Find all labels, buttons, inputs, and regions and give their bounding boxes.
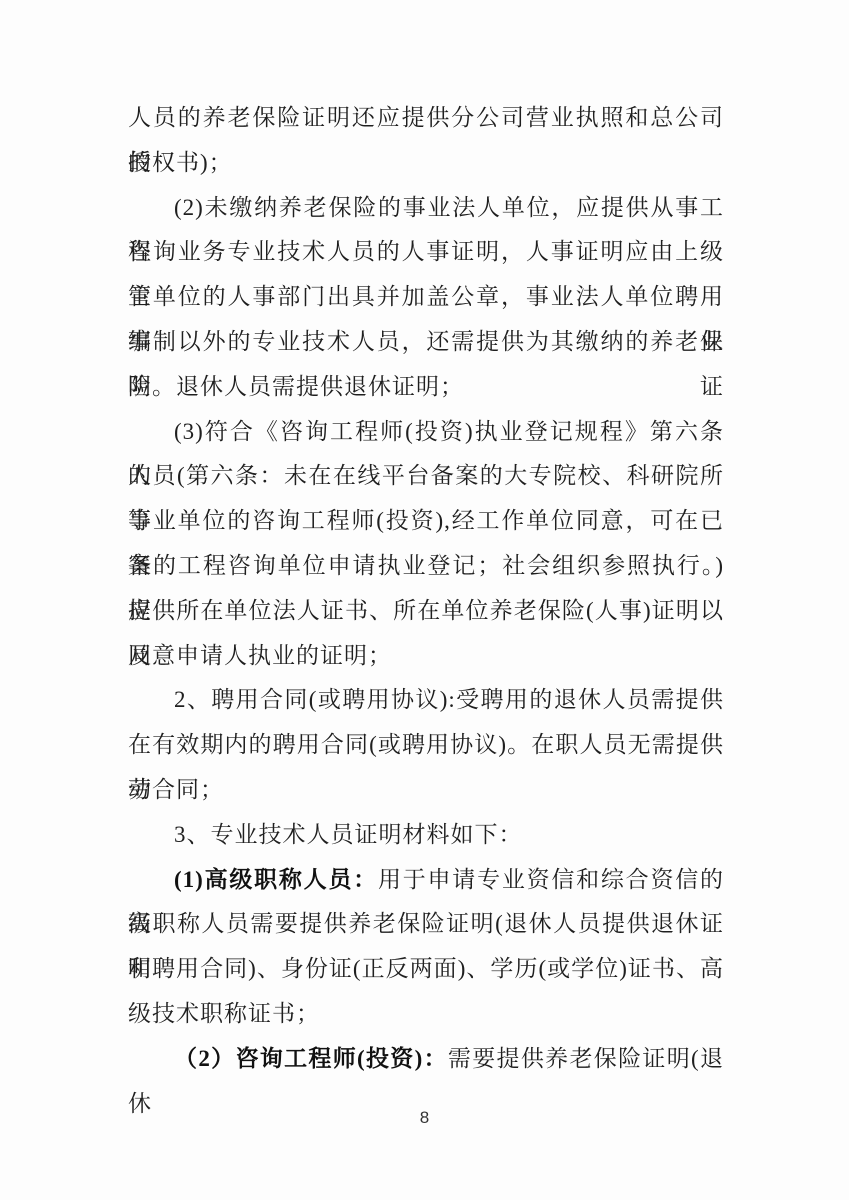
- page-number: 8: [0, 1108, 849, 1128]
- text-line: (2)未缴纳养老保险的事业法人单位，应提供从事工程: [128, 186, 724, 231]
- text-line: 同意申请人执业的证明；: [128, 634, 724, 679]
- text-segment: 授权书)；: [128, 150, 233, 175]
- text-segment: 级技术职称证书；: [128, 1001, 320, 1026]
- text-line: 提供所在单位法人证书、所在单位养老保险(人事)证明以及: [128, 589, 724, 634]
- text-line: 人员的养老保险证明还应提供分公司营业执照和总公司的: [128, 96, 724, 141]
- text-line: 级职称人员需要提供养老保险证明(退休人员提供退休证明: [128, 902, 724, 947]
- document-page: 人员的养老保险证明还应提供分公司营业执照和总公司的授权书)；(2)未缴纳养老保险…: [0, 0, 849, 1200]
- text-line: 2、聘用合同(或聘用协议):受聘用的退休人员需提供: [128, 678, 724, 723]
- bold-text-segment: (1)高级职称人员：: [174, 867, 378, 892]
- text-segment: 同意申请人执业的证明；: [128, 643, 392, 668]
- bold-text-segment: （2）咨询工程师(投资)：: [174, 1046, 448, 1071]
- text-line: 案的工程咨询单位申请执业登记；社会组织参照执行。)应: [128, 544, 724, 589]
- text-line: (1)高级职称人员：用于申请专业资信和综合资信的高: [128, 858, 724, 903]
- text-line: 事业单位的咨询工程师(投资),经工作单位同意，可在已备: [128, 499, 724, 544]
- text-segment: 和聘用合同)、身份证(正反两面)、学历(或学位)证书、高: [128, 956, 724, 981]
- text-line: （2）咨询工程师(投资)：需要提供养老保险证明(退休: [128, 1037, 724, 1082]
- document-body: 人员的养老保险证明还应提供分公司营业执照和总公司的授权书)；(2)未缴纳养老保险…: [128, 96, 724, 1082]
- text-line: 授权书)；: [128, 141, 724, 186]
- text-line: (3)符合《咨询工程师(投资)执业登记规程》第六条的: [128, 410, 724, 455]
- text-line: 动合同；: [128, 768, 724, 813]
- text-line: 3、专业技术人员证明材料如下：: [128, 813, 724, 858]
- text-line: 级技术职称证书；: [128, 992, 724, 1037]
- text-line: 管单位的人事部门出具并加盖公章，事业法人单位聘用事业: [128, 275, 724, 320]
- text-line: 和聘用合同)、身份证(正反两面)、学历(或学位)证书、高: [128, 947, 724, 992]
- text-segment: 2、聘用合同(或聘用协议):受聘用的退休人员需提供: [174, 687, 724, 712]
- text-line: 咨询业务专业技术人员的人事证明，人事证明应由上级主: [128, 230, 724, 275]
- text-segment: 明。退休人员需提供退休证明；: [128, 374, 464, 399]
- text-line: 人员(第六条：未在在线平台备案的大专院校、科研院所等: [128, 454, 724, 499]
- text-line: 在有效期内的聘用合同(或聘用协议)。在职人员无需提供劳: [128, 723, 724, 768]
- text-segment: 动合同；: [128, 777, 224, 802]
- text-segment: 3、专业技术人员证明材料如下：: [174, 822, 523, 847]
- text-line: 编制以外的专业技术人员，还需提供为其缴纳的养老保险证: [128, 320, 724, 365]
